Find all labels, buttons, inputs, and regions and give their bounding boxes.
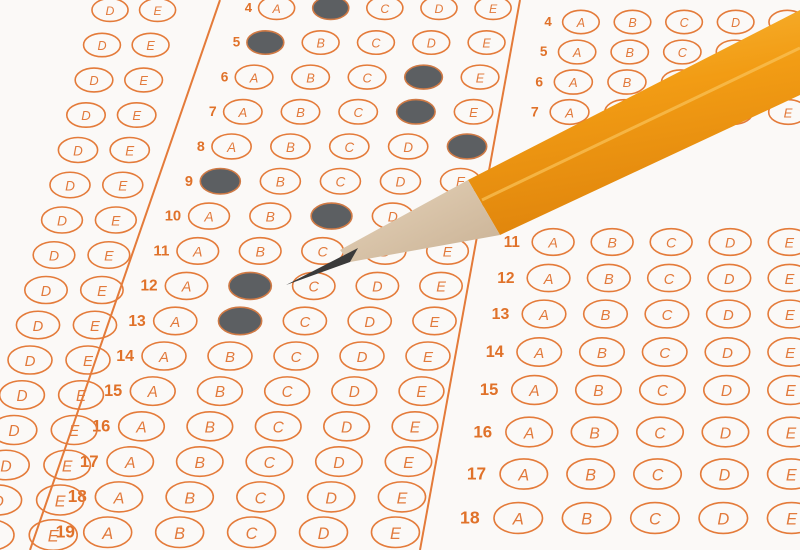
pencil-graphite [286, 248, 358, 285]
pencil [0, 0, 800, 550]
answer-sheet-photo: 4ACDE5BCDE6ABCE7ABCE8ABCD9BCDE10ABDE11AB… [0, 0, 800, 550]
pencil-body [468, 10, 800, 235]
